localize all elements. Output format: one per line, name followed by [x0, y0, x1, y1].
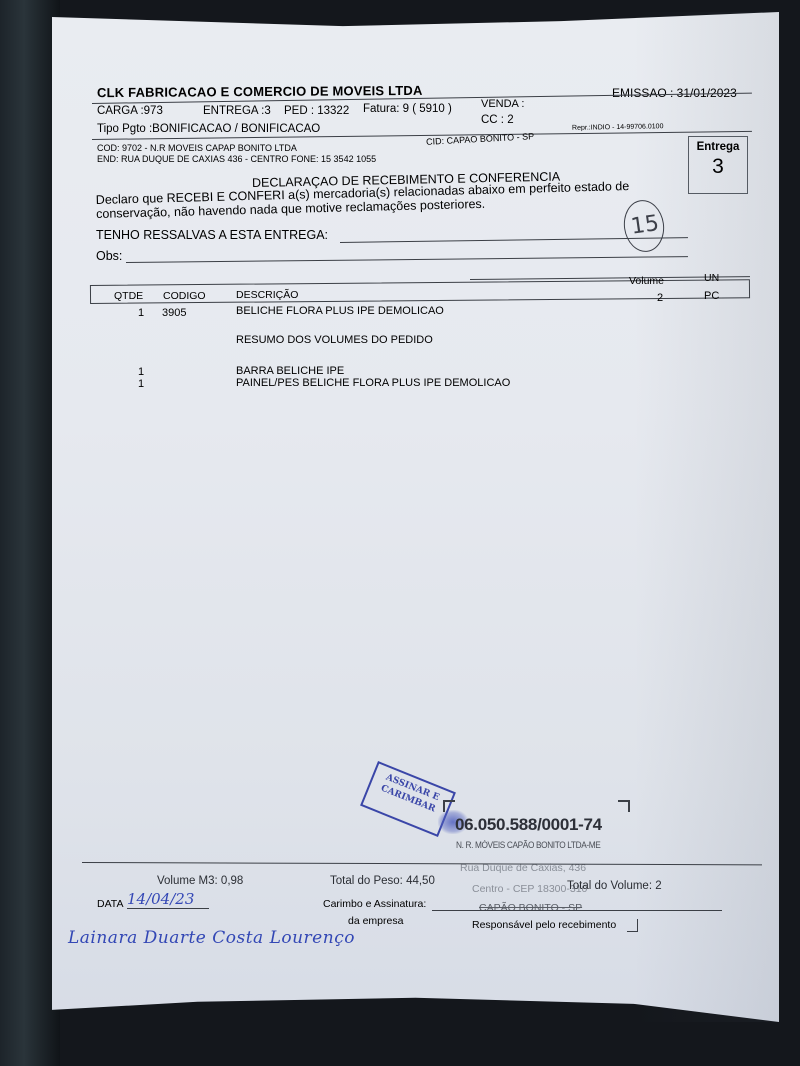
- da-empresa-label: da empresa: [348, 915, 403, 927]
- date-field[interactable]: 14/04/23: [127, 890, 194, 908]
- entrega-box: Entrega 3: [688, 136, 748, 194]
- total-weight: Total do Peso: 44,50: [330, 875, 435, 887]
- company-name: CLK FABRICACAO E COMERCIO DE MOVEIS LTDA: [97, 83, 423, 100]
- header-descricao: DESCRIÇÃO: [236, 289, 298, 301]
- row-descricao: BELICHE FLORA PLUS IPE DEMOLICAO: [236, 305, 444, 317]
- responsible-label: Responsável pelo recebimento: [472, 919, 616, 931]
- stamp-signature-label: Carimbo e Assinatura:: [323, 898, 426, 910]
- entrega-number: ENTREGA :3: [203, 105, 271, 117]
- ressalvas-label: TENHO RESSALVAS A ESTA ENTREGA:: [96, 228, 328, 242]
- client-address: END: RUA DUQUE DE CAXIAS 436 - CENTRO FO…: [97, 154, 376, 164]
- volume-m3: Volume M3: 0,98: [157, 875, 243, 887]
- header-codigo: CODIGO: [163, 290, 206, 302]
- obs-label: Obs:: [96, 249, 122, 263]
- row-volume: 2: [657, 292, 663, 304]
- client-code: COD: 9702 - N.R MOVEIS CAPAP BONITO LTDA: [97, 143, 297, 153]
- stamp-address-city: CAPÃO BONITO - SP: [479, 902, 582, 914]
- summary-title: RESUMO DOS VOLUMES DO PEDIDO: [236, 334, 433, 346]
- row-codigo: 3905: [162, 307, 186, 319]
- header-qtde: QTDE: [114, 290, 143, 302]
- fatura-number: Fatura: 9 ( 5910 ): [363, 103, 452, 115]
- row-qtde: 1: [138, 307, 144, 319]
- header-volume: Volume: [629, 275, 664, 287]
- row-un: PC: [704, 290, 719, 302]
- background-surface: [0, 0, 60, 1066]
- entrega-box-label: Entrega: [689, 141, 747, 153]
- date-label: DATA: [97, 898, 123, 910]
- payment-type: Tipo Pgto :BONIFICACAO / BONIFICACAO: [97, 123, 320, 135]
- venda-label: VENDA :: [481, 98, 524, 110]
- cc-value: CC : 2: [481, 114, 514, 126]
- header-un: UN: [704, 272, 719, 284]
- company-cnpj-stamp: 06.050.588/0001-74: [455, 815, 602, 835]
- stamp-corner-mark: [443, 800, 455, 812]
- stamp-corner-mark: [618, 800, 630, 812]
- carga-number: CARGA :973: [97, 105, 163, 117]
- bracket-mark: [627, 919, 638, 932]
- pedido-number: PED : 13322: [284, 105, 349, 117]
- total-volume: Total do Volume: 2: [567, 880, 662, 892]
- recipient-signature[interactable]: Lainara Duarte Costa Lourenço: [68, 928, 355, 948]
- entrega-box-number: 3: [689, 155, 747, 179]
- company-name-stamp: N. R. MÓVEIS CAPÃO BONITO LTDA-ME: [456, 840, 600, 850]
- signature-line: [432, 910, 722, 911]
